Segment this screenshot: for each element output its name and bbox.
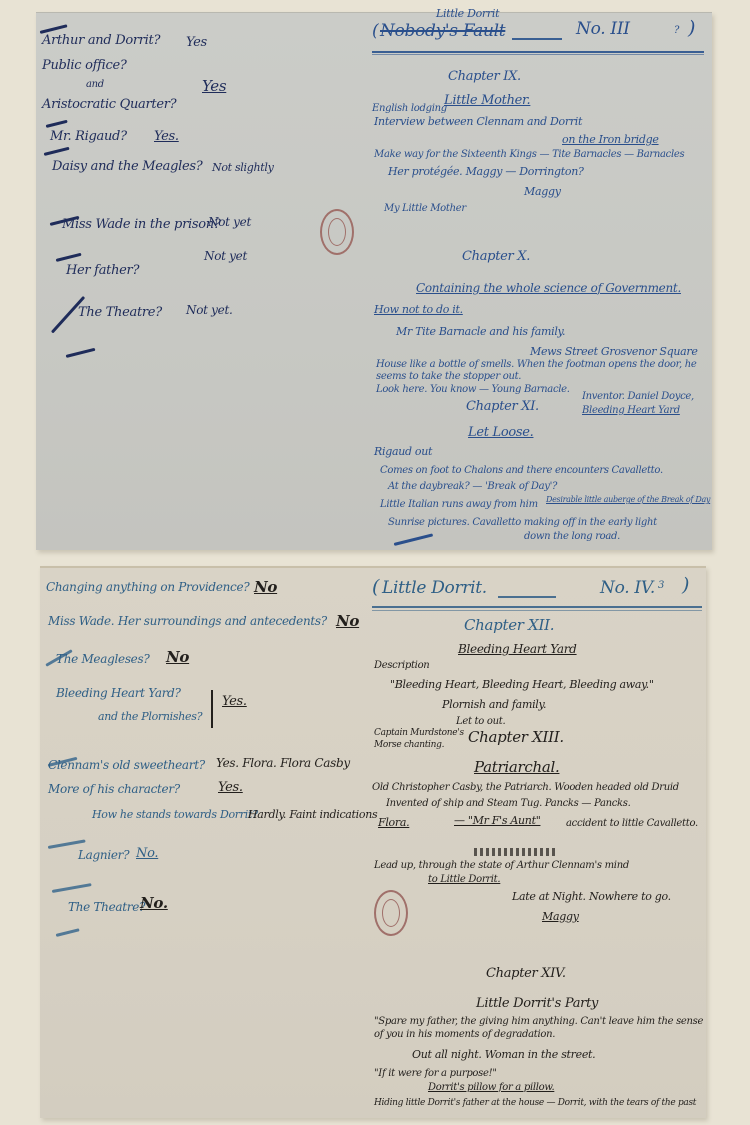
plan-line: of you in his moments of degradation. — [374, 1029, 555, 1040]
plan-line: seems to take the stopper out. — [376, 371, 521, 382]
chapter-heading: Chapter XIV. — [486, 966, 566, 981]
header-paren-close: ) — [688, 17, 695, 39]
plan-line: on the Iron bridge — [562, 133, 659, 146]
note-line: Miss Wade in the prison? — [62, 217, 221, 232]
note-answer: No. — [136, 846, 158, 861]
plan-line: Maggy — [542, 910, 579, 923]
plan-line: Lead up, through the state of Arthur Cle… — [374, 860, 629, 871]
ink-dash — [56, 253, 82, 262]
header-paren-close: ) — [682, 574, 689, 596]
chapter-title: Let Loose. — [468, 425, 533, 440]
plan-line: Her protégée. Maggy — Dorrington? — [388, 165, 584, 178]
header-number: No. III — [576, 19, 630, 39]
chapter-title: Little Mother. — [444, 93, 530, 108]
note-line: Bleeding Heart Yard? — [56, 686, 181, 700]
plan-line: Hiding little Dorrit's father at the hou… — [374, 1098, 696, 1108]
note-answer: No — [254, 578, 277, 596]
plan-line: Old Christopher Casby, the Patriarch. Wo… — [372, 782, 679, 793]
plan-line: Maggy — [524, 185, 561, 198]
museum-stamp — [320, 209, 354, 255]
bracket-bar — [211, 690, 213, 728]
chapter-heading: Chapter XII. — [464, 616, 554, 634]
note-answer: Not slightly — [212, 161, 274, 174]
note-line: The Theatre? — [68, 900, 145, 914]
ink-dash — [56, 928, 80, 937]
plan-line: Inventor. Daniel Doyce, — [582, 391, 694, 402]
header-number: No. IV. — [600, 578, 655, 598]
ink-dash — [44, 147, 70, 156]
ink-dash — [52, 883, 92, 893]
plan-line: House like a bottle of smells. When the … — [376, 359, 697, 370]
plan-line: Desirable little auberge of the Break of… — [546, 495, 710, 504]
ink-dash — [66, 348, 96, 358]
note-line: Public office? — [42, 58, 127, 73]
plan-line: Bleeding Heart Yard — [582, 405, 680, 416]
chapter-title: Bleeding Heart Yard — [458, 642, 577, 656]
plan-line: Dorrit's pillow for a pillow. — [428, 1082, 554, 1093]
header-paren-open: ( — [372, 21, 378, 41]
note-line: Daisy and the Meagles? — [52, 159, 202, 174]
plan-line: Look here. You know — Young Barnacle. — [376, 384, 570, 395]
note-line: and the Plornishes? — [98, 710, 202, 723]
note-answer: No. — [140, 894, 168, 912]
header-dash — [512, 38, 562, 40]
note-answer: Hardly. Faint indications — [248, 808, 377, 821]
note-line: Changing anything on Providence? — [46, 580, 249, 594]
note-answer: Not yet — [204, 249, 247, 263]
note-answer: Yes — [186, 35, 207, 50]
plan-line: At the daybreak? — 'Break of Day'? — [388, 481, 557, 492]
note-line: The Theatre? — [78, 305, 162, 320]
plan-line: Plornish and family. — [442, 698, 546, 711]
plan-line: Out all night. Woman in the street. — [412, 1048, 595, 1061]
plan-line: Sunrise pictures. Cavalletto making off … — [388, 517, 657, 528]
note-line: Clennam's old sweetheart? — [48, 758, 205, 772]
note-answer: Yes. — [154, 129, 179, 144]
plan-line: Let to out. — [456, 716, 505, 727]
note-line: Arthur and Dorrit? — [42, 33, 160, 48]
chapter-heading: Chapter X. — [462, 249, 530, 264]
note-answer: Yes — [202, 77, 226, 95]
header-rule — [372, 610, 702, 611]
header-number-suffix: ? — [674, 25, 679, 36]
plan-line: Description — [374, 660, 429, 671]
note-line: How he stands towards Dorrit? — [92, 808, 258, 821]
plan-line: Make way for the Sixteenth Kings — Tite … — [374, 149, 684, 160]
plan-line: My Little Mother — [384, 203, 466, 214]
header-title-struck: Nobody's Fault — [380, 21, 505, 41]
plan-line: down the long road. — [524, 531, 620, 542]
header-dash — [498, 596, 556, 598]
plan-line: Flora. — [378, 816, 409, 829]
chapter-heading: Chapter XI. — [466, 399, 539, 414]
note-line: and — [86, 79, 104, 90]
plan-line: accident to little Cavalletto. — [566, 818, 698, 829]
note-answer: No — [336, 612, 359, 630]
note-line: The Meagleses? — [56, 652, 149, 666]
note-answer: Not yet — [208, 215, 251, 229]
note-line: More of his character? — [48, 782, 180, 796]
plan-line: English lodging — [372, 103, 447, 114]
header-title-above: Little Dorrit — [436, 7, 499, 20]
header-rule — [372, 54, 704, 55]
plan-line: Morse chanting. — [374, 740, 444, 750]
header-paren-open: ( — [372, 576, 379, 598]
note-answer: No — [166, 648, 189, 666]
ink-dash — [394, 533, 434, 546]
plan-line: Mews Street Grosvenor Square — [530, 345, 698, 358]
note-line: Mr. Rigaud? — [50, 129, 127, 144]
note-answer: Yes. — [222, 694, 247, 709]
plan-line: Late at Night. Nowhere to go. — [512, 890, 671, 903]
plan-line: Interview between Clennam and Dorrit — [374, 115, 582, 128]
header-number-suffix: 3 — [658, 580, 664, 591]
plan-line: to Little Dorrit. — [428, 874, 500, 885]
note-line: Miss Wade. Her surroundings and antecede… — [48, 614, 327, 628]
header-rule — [372, 606, 702, 608]
note-line: Aristocratic Quarter? — [42, 97, 176, 112]
ink-dash — [46, 120, 68, 128]
plan-line: Rigaud out — [374, 445, 432, 458]
plan-line: — "Mr F's Aunt" — [454, 814, 540, 827]
chapter-title: Patriarchal. — [474, 758, 559, 776]
plan-line: Invented of ship and Steam Tug. Pancks —… — [386, 798, 631, 809]
chapter-heading: Chapter IX. — [448, 69, 521, 84]
plan-line: Little Italian runs away from him — [380, 499, 538, 510]
chapter-title: Little Dorrit's Party — [476, 996, 598, 1011]
plan-line: How not to do it. — [374, 303, 463, 316]
plan-line: "Spare my father, the giving him anythin… — [374, 1016, 703, 1027]
plan-line: "If it were for a purpose!" — [374, 1068, 497, 1079]
plan-line: Comes on foot to Chalons and there encou… — [380, 465, 663, 476]
manuscript-sheet-bottom: Changing anything on Providence? No Miss… — [40, 566, 706, 1118]
manuscript-sheet-top: Arthur and Dorrit? Yes Public office? an… — [36, 12, 712, 550]
museum-stamp — [374, 890, 408, 936]
plan-line: Captain Murdstone's — [374, 728, 464, 738]
header-rule — [372, 51, 704, 53]
note-answer: Yes. — [218, 780, 243, 795]
chapter-heading: Chapter XIII. — [468, 728, 564, 746]
note-line: Lagnier? — [78, 848, 129, 862]
note-answer: Yes. Flora. Flora Casby — [216, 756, 350, 770]
scribbled-out-word — [474, 848, 558, 856]
plan-line: Mr Tite Barnacle and his family. — [396, 325, 565, 338]
note-line: Her father? — [66, 263, 139, 278]
header-title: Little Dorrit. — [382, 578, 487, 598]
note-answer: Not yet. — [186, 303, 232, 317]
chapter-title: Containing the whole science of Governme… — [416, 281, 681, 295]
plan-line: "Bleeding Heart, Bleeding Heart, Bleedin… — [390, 678, 654, 691]
